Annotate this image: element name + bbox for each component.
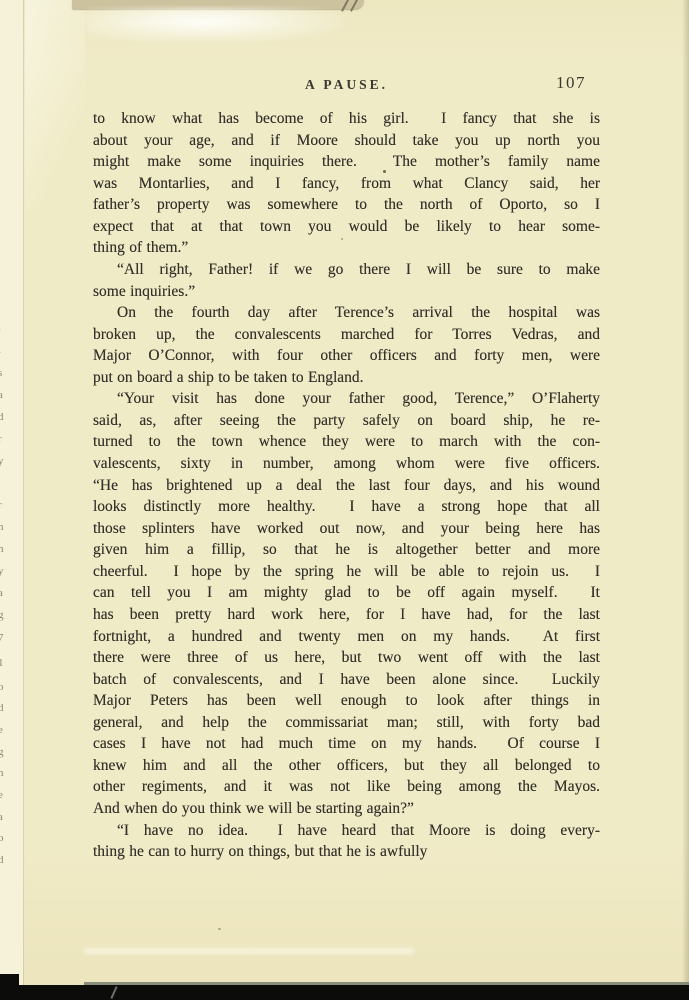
showthrough-glyph: h: [0, 544, 8, 555]
text-line: “I have no idea. I have heard that Moore…: [93, 820, 600, 842]
text-line: about your age, and if Moore should take…: [93, 130, 600, 152]
text-line: given him a fillip, so that he is altoge…: [93, 539, 600, 561]
text-line: father’s property was somewhere to the n…: [93, 194, 600, 216]
text-line: there were three of us here, but two wen…: [93, 647, 600, 669]
scan-background-bar: [0, 985, 689, 1000]
showthrough-glyph: o: [0, 682, 8, 693]
text-line: general, and help the commissariat man; …: [93, 712, 600, 734]
text-line: Major O’Connor, with four other officers…: [93, 345, 600, 367]
text-line: might make some inquiries there. The mot…: [93, 151, 600, 173]
text-line: Major Peters has been well enough to loo…: [93, 690, 600, 712]
paragraph: “Your visit has done your father good, T…: [93, 388, 600, 819]
text-line: those splinters have worked out now, and…: [93, 518, 600, 540]
showthrough-glyph: a: [0, 588, 8, 599]
paragraph: “I have no idea. I have heard that Moore…: [93, 820, 600, 863]
text-line: knew him and all the other officers, but…: [93, 755, 600, 777]
showthrough-glyph: e: [0, 725, 8, 736]
paper-speck: [218, 928, 221, 930]
text-line: said, as, after seeing the party safely …: [93, 410, 600, 432]
text-line: turned to the town whence they were to m…: [93, 431, 600, 453]
margin-showthrough-fragments: lisadry.rnhyag71odegneaod: [0, 0, 9, 986]
text-line: On the fourth day after Terence’s arriva…: [93, 302, 600, 324]
showthrough-glyph: o: [0, 833, 8, 844]
running-head: A PAUSE. 107: [93, 77, 600, 93]
showthrough-glyph: r: [0, 434, 8, 445]
text-line: And when do you think we will be startin…: [93, 798, 600, 820]
paragraph: “All right, Father! if we go there I wil…: [93, 259, 600, 302]
showthrough-glyph: y: [0, 456, 8, 467]
text-line: has been pretty hard work here, for I ha…: [93, 604, 600, 626]
body-text: to know what has become of his girl. I f…: [93, 108, 600, 863]
scan-glare-band: [86, 7, 344, 43]
text-line: fortnight, a hundred and twenty men on m…: [93, 626, 600, 648]
showthrough-glyph: d: [0, 412, 8, 423]
text-line: was Montarlies, and I fancy, from what C…: [93, 173, 600, 195]
text-line: put on board a ship to be taken to Engla…: [93, 367, 600, 389]
text-line: other regiments, and it was not like bei…: [93, 776, 600, 798]
showthrough-glyph: d: [0, 855, 8, 866]
showthrough-glyph: l: [0, 322, 8, 333]
paragraph: to know what has become of his girl. I f…: [93, 108, 600, 259]
text-line: expect that at that town you would be li…: [93, 216, 600, 238]
showthrough-glyph: .: [0, 478, 8, 489]
text-line: to know what has become of his girl. I f…: [93, 108, 600, 130]
showthrough-glyph: n: [0, 522, 8, 533]
showthrough-glyph: r: [0, 500, 8, 511]
text-line: thing he can to hurry on things, but tha…: [93, 841, 600, 863]
showthrough-glyph: n: [0, 768, 8, 779]
text-line: looks distinctly more healthy. I have a …: [93, 496, 600, 518]
paragraph: On the fourth day after Terence’s arriva…: [93, 302, 600, 388]
showthrough-glyph: a: [0, 390, 8, 401]
bottom-glare-streak: [84, 948, 414, 954]
showthrough-glyph: 1: [0, 658, 8, 669]
showthrough-glyph: e: [0, 790, 8, 801]
right-edge-shading: [682, 0, 689, 986]
text-line: can tell you I am mighty glad to be off …: [93, 582, 600, 604]
text-line: some inquiries.”: [93, 281, 600, 303]
showthrough-glyph: d: [0, 703, 8, 714]
text-line: broken up, the convalescents marched for…: [93, 324, 600, 346]
text-line: “All right, Father! if we go there I wil…: [93, 259, 600, 281]
text-line: cheerful. I hope by the spring he will b…: [93, 561, 600, 583]
chapter-running-title: A PAUSE.: [93, 77, 600, 93]
text-line: thing of them.”: [93, 237, 600, 259]
text-line: valescents, sixty in number, among whom …: [93, 453, 600, 475]
text-line: cases I have not had much time on my han…: [93, 733, 600, 755]
corner-highlight: [25, 0, 85, 210]
book-page-scan: A PAUSE. 107 to know what has become of …: [0, 0, 689, 1000]
page-number: 107: [556, 73, 586, 93]
showthrough-glyph: i: [0, 345, 8, 356]
showthrough-glyph: 7: [0, 633, 8, 644]
showthrough-glyph: g: [0, 747, 8, 758]
showthrough-glyph: a: [0, 812, 8, 823]
showthrough-glyph: s: [0, 368, 8, 379]
text-line: batch of convalescents, and I have been …: [93, 669, 600, 691]
text-line: “Your visit has done your father good, T…: [93, 388, 600, 410]
showthrough-glyph: g: [0, 610, 8, 621]
text-line: “He has brightened up a deal the last fo…: [93, 475, 600, 497]
showthrough-glyph: y: [0, 566, 8, 577]
